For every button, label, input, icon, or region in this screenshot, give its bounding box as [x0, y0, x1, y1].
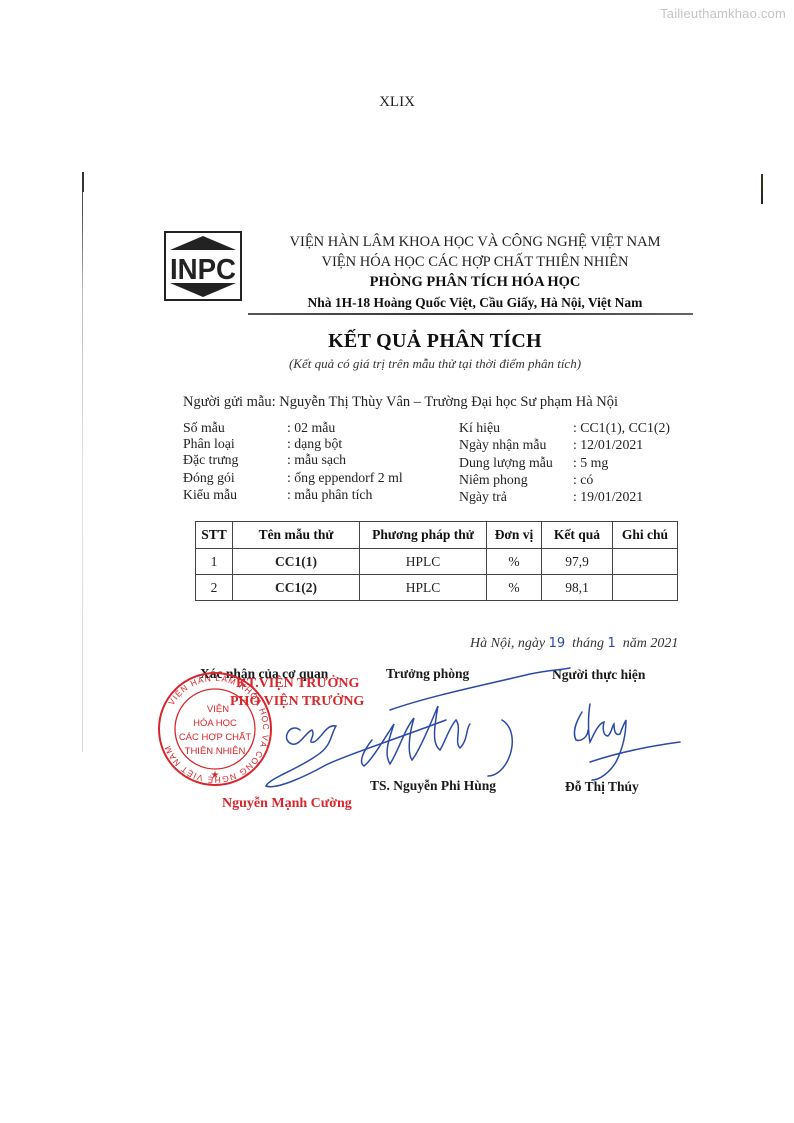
date-prefix: Hà Nội, ngày	[470, 636, 545, 651]
info-label: Phân loại	[183, 435, 235, 452]
sample-info-right: Kí hiệu: CC1(1), CC1(2) Ngày nhận mẫu: 1…	[459, 419, 699, 509]
stamp-title-line2: PHÓ VIỆN TRƯỞNG	[230, 694, 364, 710]
info-label: Số mẫu	[183, 419, 225, 436]
issue-date: Hà Nội, ngày 19 tháng 1 năm 2021	[470, 636, 678, 652]
svg-text:CÁC HỢP CHẤT: CÁC HỢP CHẤT	[179, 732, 252, 743]
cell-method: HPLC	[360, 575, 487, 601]
info-value: : 12/01/2021	[573, 436, 643, 453]
cell-stt: 1	[196, 549, 233, 575]
info-label: Kí hiệu	[459, 419, 500, 436]
col-header-note: Ghi chú	[613, 522, 678, 549]
header-department: PHÒNG PHÂN TÍCH HÓA HỌC	[250, 274, 700, 291]
table-row: 2 CC1(2) HPLC % 98,1	[196, 575, 678, 601]
sample-info-left: Số mẫu: 02 mẫu Phân loại: dạng bột Đặc t…	[183, 419, 433, 509]
date-day-handwritten: 19	[549, 636, 566, 651]
date-month-handwritten: 1	[608, 636, 616, 651]
table-header-row: STT Tên mẫu thử Phương pháp thử Đơn vị K…	[196, 522, 678, 549]
scan-edge-left-mark	[82, 172, 84, 192]
cell-result: 98,1	[542, 575, 613, 601]
head-of-department-label: Trưởng phòng	[386, 666, 469, 682]
info-value: : 5 mg	[573, 454, 608, 471]
performer-signer-name: Đỗ Thị Thúy	[565, 779, 639, 795]
col-header-unit: Đơn vị	[487, 522, 542, 549]
info-label: Ngày trả	[459, 488, 507, 505]
info-value: : mẫu phân tích	[287, 486, 372, 503]
agency-signer-name: Nguyễn Mạnh Cường	[222, 796, 352, 812]
head-signer-name: TS. Nguyễn Phi Hùng	[370, 778, 496, 794]
info-value: : CC1(1), CC1(2)	[573, 419, 670, 436]
table-row: 1 CC1(1) HPLC % 97,9	[196, 549, 678, 575]
svg-text:VIỆN: VIỆN	[207, 704, 229, 715]
sample-sender: Người gửi mẫu: Nguyễn Thị Thùy Vân – Trư…	[183, 394, 618, 411]
info-label: Niêm phong	[459, 471, 528, 488]
document-subtitle: (Kết quả có giá trị trên mẫu thử tại thờ…	[0, 356, 794, 372]
header-address: Nhà 1H-18 Hoàng Quốc Việt, Cầu Giấy, Hà …	[250, 295, 700, 311]
results-table: STT Tên mẫu thử Phương pháp thử Đơn vị K…	[195, 521, 678, 601]
header-institute: VIỆN HÓA HỌC CÁC HỢP CHẤT THIÊN NHIÊN	[250, 254, 700, 271]
info-value: : 19/01/2021	[573, 488, 643, 505]
info-label: Ngày nhận mẫu	[459, 436, 546, 453]
svg-text:★: ★	[211, 770, 220, 781]
page-number: XLIX	[0, 94, 794, 111]
info-value: : 02 mẫu	[287, 419, 335, 436]
date-month-label: tháng	[572, 636, 604, 651]
svg-text:INPC: INPC	[170, 254, 236, 286]
svg-text:HÓA HỌC: HÓA HỌC	[193, 718, 237, 729]
stamp-title-line1: KT.VIỆN TRƯỞNG	[236, 676, 359, 692]
cell-note	[613, 575, 678, 601]
watermark: Tailieuthamkhao.com	[620, 6, 786, 21]
info-value: : mẫu sạch	[287, 451, 346, 468]
col-header-stt: STT	[196, 522, 233, 549]
info-label: Dung lượng mẫu	[459, 454, 553, 471]
cell-unit: %	[487, 549, 542, 575]
cell-unit: %	[487, 575, 542, 601]
info-value: : dạng bột	[287, 435, 342, 452]
cell-method: HPLC	[360, 549, 487, 575]
col-header-result: Kết quả	[542, 522, 613, 549]
cell-stt: 2	[196, 575, 233, 601]
scan-edge-right	[761, 174, 763, 204]
header-divider	[248, 313, 693, 315]
col-header-sample-name: Tên mẫu thử	[233, 522, 360, 549]
info-label: Đặc trưng	[183, 451, 238, 468]
info-label: Đóng gói	[183, 469, 235, 486]
cell-sample-name: CC1(1)	[233, 549, 360, 575]
cell-note	[613, 549, 678, 575]
performer-label: Người thực hiện	[552, 667, 645, 683]
info-label: Kiểu mẫu	[183, 486, 237, 503]
cell-sample-name: CC1(2)	[233, 575, 360, 601]
date-year: năm 2021	[623, 636, 679, 651]
cell-result: 97,9	[542, 549, 613, 575]
inpc-logo: INPC	[164, 231, 242, 301]
svg-text:THIÊN NHIÊN: THIÊN NHIÊN	[185, 746, 246, 757]
document-title: KẾT QUẢ PHÂN TÍCH	[0, 330, 794, 353]
header-academy: VIỆN HÀN LÂM KHOA HỌC VÀ CÔNG NGHỆ VIỆT …	[250, 234, 700, 251]
scan-edge-left	[82, 172, 83, 752]
info-value: : ống eppendorf 2 ml	[287, 469, 403, 486]
col-header-method: Phương pháp thử	[360, 522, 487, 549]
info-value: : có	[573, 471, 593, 488]
